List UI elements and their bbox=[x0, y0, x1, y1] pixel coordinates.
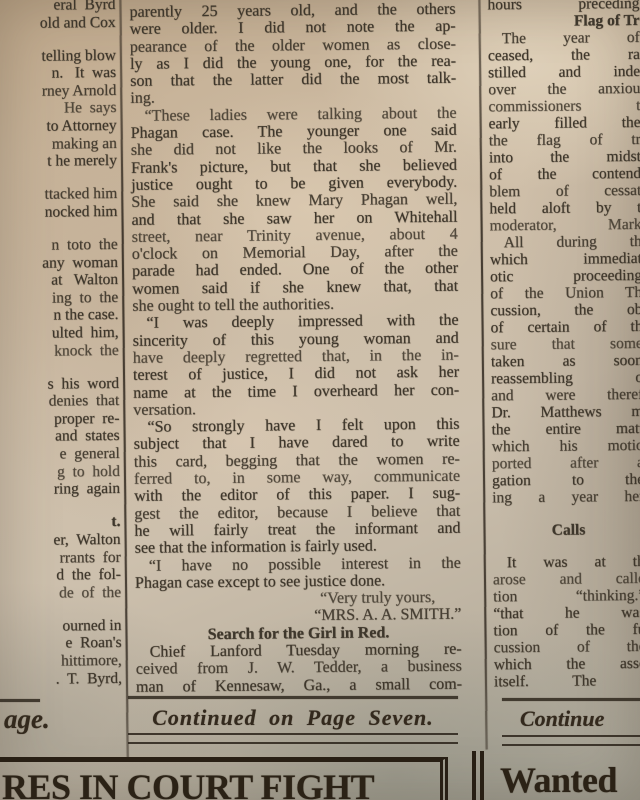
paragraph-gap bbox=[0, 31, 116, 48]
text-line: she ought to tell the authorities. bbox=[132, 295, 458, 315]
section-rule-middle-top bbox=[128, 696, 458, 699]
text-line: cussion of the bbox=[494, 638, 640, 656]
text-line: He says bbox=[0, 99, 116, 118]
newsprint-content: eral Byrdold and Coxtelling blown. It wa… bbox=[0, 0, 640, 800]
text-line: She said she knew Mary Phagan well, bbox=[131, 191, 457, 211]
text-line: ring again bbox=[4, 480, 120, 499]
text-line: which immediat bbox=[490, 250, 640, 268]
paragraph-gap bbox=[492, 505, 640, 522]
text-line: ceived from J. W. Tedder, a business bbox=[136, 658, 462, 678]
middle-column: parently 25 years old, and the otherswer… bbox=[129, 1, 462, 696]
text-line: denies that bbox=[3, 392, 119, 411]
section-rule-left bbox=[0, 699, 40, 702]
text-line: and were theref bbox=[491, 386, 640, 404]
continued-line-right: Continue bbox=[520, 706, 604, 732]
text-line: t he merely bbox=[1, 152, 117, 171]
section-rule-right-top bbox=[502, 698, 640, 701]
text-line: er, Walton bbox=[5, 531, 121, 550]
text-line: Calls bbox=[492, 520, 640, 538]
text-line: stilled and inde bbox=[488, 63, 640, 81]
text-line: ulted him, bbox=[3, 324, 119, 343]
text-line: The year of bbox=[488, 29, 640, 47]
text-line: Dr. Matthews m bbox=[491, 403, 640, 421]
text-line: Flag of Tr bbox=[488, 12, 640, 30]
text-line: commissioners t bbox=[488, 97, 640, 115]
continued-line-middle: Continued on Page Seven. bbox=[128, 705, 458, 731]
text-line: eral Byrd bbox=[0, 0, 116, 15]
text-line: de of the bbox=[5, 584, 121, 603]
text-line: tion of the fu bbox=[493, 621, 640, 639]
text-line: which his motio bbox=[492, 437, 640, 455]
text-line: s his word bbox=[3, 375, 119, 394]
continued-fragment-left: age. bbox=[4, 704, 50, 735]
text-line: held aloft by t bbox=[489, 199, 640, 217]
text-line: ceased, the ra bbox=[488, 46, 640, 64]
right-column: hours precedingFlag of TrThe year ofceas… bbox=[487, 0, 640, 690]
text-line: at Walton bbox=[2, 271, 118, 290]
text-line: n the case. bbox=[2, 306, 118, 325]
text-line: nocked him bbox=[1, 203, 117, 222]
text-line: “I have no possible interest in the bbox=[135, 554, 461, 574]
text-line: . T. Byrd, bbox=[6, 670, 122, 689]
headline-box-left: RES IN COURT FIGHT bbox=[0, 757, 448, 800]
text-line: proper re- bbox=[3, 410, 119, 429]
text-line: ing a year her bbox=[492, 488, 640, 506]
text-line: n toto the bbox=[2, 236, 118, 255]
text-line: rney Arnold bbox=[0, 82, 116, 101]
text-line: arose and calle bbox=[493, 570, 640, 588]
text-line: n. It was bbox=[0, 64, 116, 83]
text-line: d the fol- bbox=[5, 566, 121, 585]
headline-box-right-border bbox=[472, 751, 484, 800]
text-line: ing to the bbox=[2, 289, 118, 308]
text-line: o'clock on Memorial Day, after the bbox=[132, 243, 458, 263]
text-line: tion “thinking.” bbox=[493, 587, 640, 605]
text-line: “that he was bbox=[493, 604, 640, 622]
text-line: sure that some bbox=[491, 335, 640, 353]
text-line: the entire matt bbox=[491, 420, 640, 438]
text-line: ourned in bbox=[5, 617, 121, 636]
text-line: hittimore, bbox=[6, 652, 122, 671]
text-line: into the midst bbox=[489, 148, 640, 166]
text-line: e Roan's bbox=[6, 634, 122, 653]
text-line: ttacked him bbox=[1, 185, 117, 204]
left-column: eral Byrdold and Coxtelling blown. It wa… bbox=[0, 0, 122, 688]
text-line: ferred to, in some way, communicate bbox=[134, 468, 460, 488]
text-line: which the asse bbox=[494, 655, 640, 673]
text-line: g to hold bbox=[4, 463, 120, 482]
text-line: moderator, Mark bbox=[490, 216, 640, 234]
text-line: All during th bbox=[490, 233, 640, 251]
text-line: versation. bbox=[133, 399, 459, 419]
text-line: making an bbox=[1, 135, 117, 154]
text-line: gest the editor, because I believe that bbox=[134, 502, 460, 522]
paragraph-gap bbox=[493, 537, 640, 554]
text-line: “These ladies were talking about the bbox=[130, 104, 456, 124]
text-line: of the contend bbox=[489, 165, 640, 183]
text-line: reassembling o bbox=[491, 369, 640, 387]
text-line: ported after a bbox=[492, 454, 640, 472]
text-line: of certain of th bbox=[490, 318, 640, 336]
text-line: blem of cessat bbox=[489, 182, 640, 200]
text-line: to Attorney bbox=[1, 117, 117, 136]
paragraph-gap bbox=[1, 170, 117, 187]
text-line: “MRS. A. A. SMITH.” bbox=[135, 606, 461, 626]
text-line: t. bbox=[4, 513, 120, 532]
paragraph-gap bbox=[2, 220, 118, 237]
headline-right: Wanted bbox=[500, 762, 617, 798]
paragraph-gap bbox=[5, 601, 121, 618]
text-line: otic proceeding bbox=[490, 267, 640, 285]
text-line: she did not like the looks of Mr. bbox=[131, 139, 457, 159]
paragraph-gap bbox=[3, 359, 119, 376]
headline-left: RES IN COURT FIGHT bbox=[2, 767, 374, 800]
text-line: man of Kennesaw, Ga., a small com- bbox=[136, 675, 462, 695]
text-line: taken as soon bbox=[491, 352, 640, 370]
text-line: any woman bbox=[2, 254, 118, 273]
text-line: of the Union Th bbox=[490, 284, 640, 302]
section-rule-right-bottom bbox=[502, 735, 640, 746]
newspaper-scan: eral Byrdold and Coxtelling blown. It wa… bbox=[0, 0, 640, 800]
text-line: pearance of the older women as close- bbox=[130, 35, 456, 55]
text-line: over the anxiou bbox=[488, 80, 640, 98]
text-line: the flag of tr bbox=[489, 131, 640, 149]
text-line: and states bbox=[4, 427, 120, 446]
text-line: rrants for bbox=[5, 548, 121, 567]
paragraph-gap bbox=[4, 498, 120, 515]
text-line: itself. The s bbox=[494, 672, 640, 690]
text-line: knock the bbox=[3, 342, 119, 361]
text-line: old and Cox bbox=[0, 14, 116, 33]
text-line: have deeply regretted that, in the in- bbox=[133, 347, 459, 367]
text-line: It was at th bbox=[493, 553, 640, 571]
section-rule-middle-bottom bbox=[128, 733, 458, 744]
text-line: he will fairly treat the informant and bbox=[134, 520, 460, 540]
text-line: early filled the bbox=[489, 114, 640, 132]
text-line: telling blow bbox=[0, 47, 116, 66]
text-line: cussion, the ob bbox=[490, 301, 640, 319]
column-rule-right bbox=[478, 0, 487, 749]
text-line: gation to the bbox=[492, 471, 640, 489]
text-line: e general bbox=[4, 445, 120, 464]
